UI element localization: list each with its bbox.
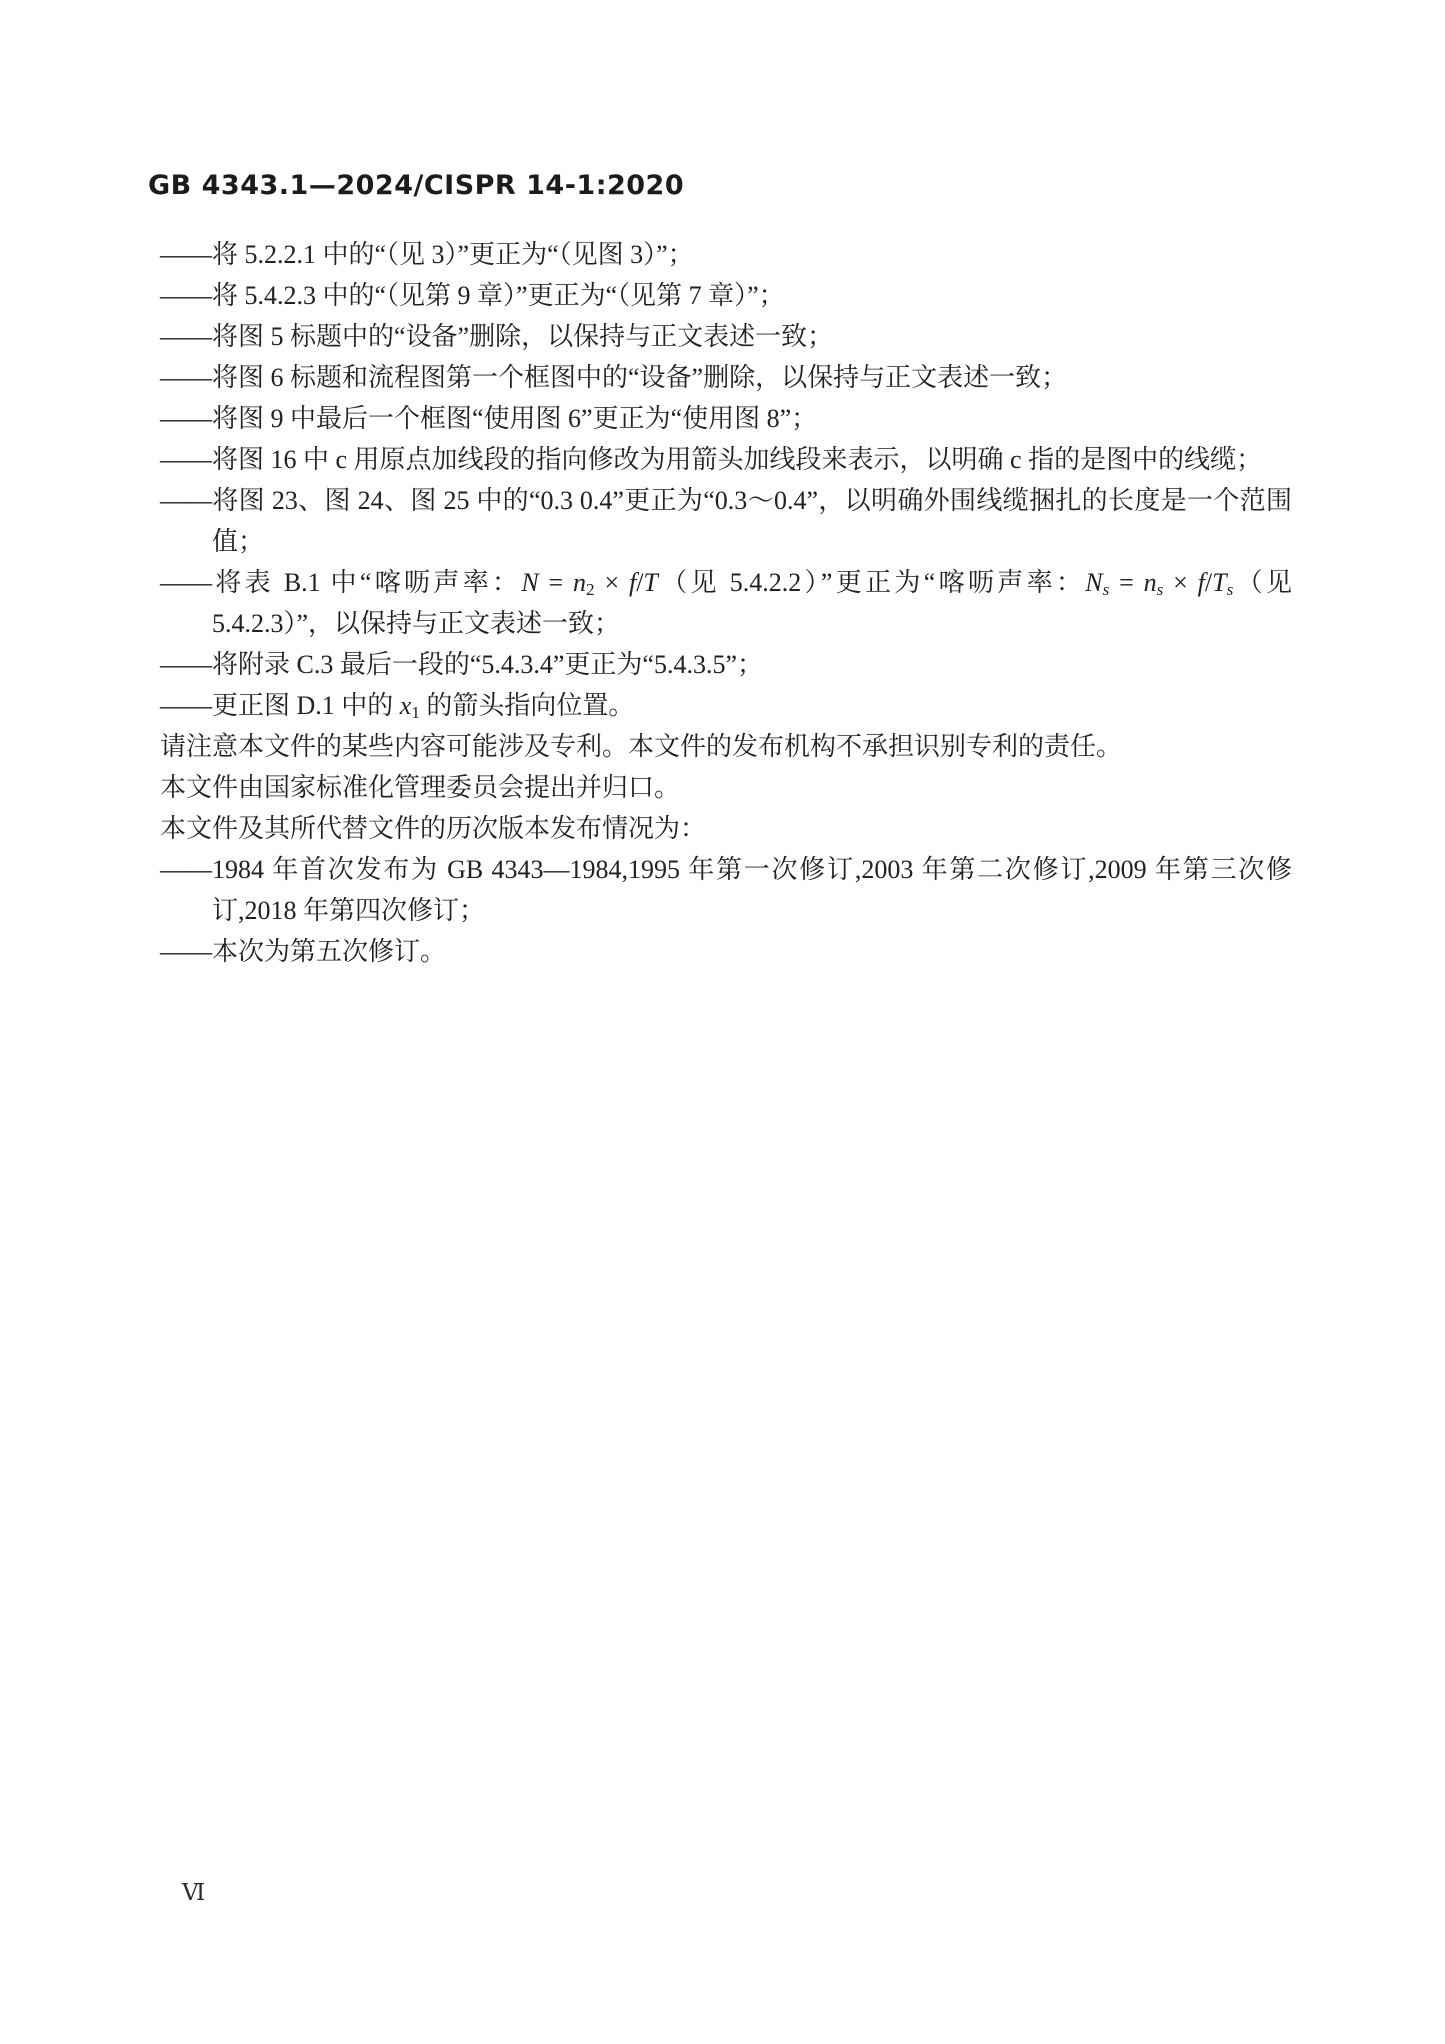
dash-prefix: —— — [160, 855, 212, 884]
text-segment: 将表 B.1 中“喀呖声率： — [212, 568, 521, 597]
text-segment: 将图 9 中最后一个框图“使用图 6”更正为“使用图 8”； — [212, 404, 817, 433]
list-item: ——将图 9 中最后一个框图“使用图 6”更正为“使用图 8”； — [160, 398, 1292, 439]
dash-prefix: —— — [160, 937, 212, 966]
formula-segment: n — [573, 568, 586, 597]
text-segment: 将附录 C.3 最后一段的“5.4.3.4”更正为“5.4.3.5”； — [212, 650, 763, 679]
text-segment: = — [1109, 568, 1143, 597]
text-segment: 将图 5 标题中的“设备”删除，以保持与正文表述一致； — [212, 322, 833, 351]
dash-prefix: —— — [160, 650, 212, 679]
text-segment: 本文件及其所代替文件的历次版本发布情况为： — [160, 814, 706, 843]
dash-prefix: —— — [160, 445, 212, 474]
paragraph: 请注意本文件的某些内容可能涉及专利。本文件的发布机构不承担识别专利的责任。 — [160, 726, 1292, 767]
list-item: ——1984 年首次发布为 GB 4343—1984,1995 年第一次修订,2… — [160, 849, 1292, 931]
text-segment: × — [1163, 568, 1197, 597]
dash-prefix: —— — [160, 568, 212, 597]
dash-prefix: —— — [160, 486, 212, 515]
list-item: ——将图 5 标题中的“设备”删除，以保持与正文表述一致； — [160, 316, 1292, 357]
dash-prefix: —— — [160, 240, 212, 269]
list-item: ——将表 B.1 中“喀呖声率：N = n2 × f/T（见 5.4.2.2）”… — [160, 562, 1292, 644]
text-segment: 1984 年首次发布为 GB 4343—1984,1995 年第一次修订,200… — [212, 855, 1292, 925]
dash-prefix: —— — [160, 322, 212, 351]
list-item: ——将图 23、图 24、图 25 中的“0.3 0.4”更正为“0.3～0.4… — [160, 480, 1292, 562]
list-item: ——将图 6 标题和流程图第一个框图中的“设备”删除，以保持与正文表述一致； — [160, 357, 1292, 398]
formula-segment: f — [1198, 568, 1205, 597]
list-item: ——更正图 D.1 中的 x1 的箭头指向位置。 — [160, 685, 1292, 726]
text-segment: 本文件由国家标准化管理委员会提出并归口。 — [160, 773, 680, 802]
page-number: Ⅵ — [182, 1880, 205, 1906]
document-body: ——将 5.2.2.1 中的“（见 3）”更正为“（见图 3）”；——将 5.4… — [160, 234, 1292, 972]
list-item: ——将附录 C.3 最后一段的“5.4.3.4”更正为“5.4.3.5”； — [160, 644, 1292, 685]
list-item: ——将 5.2.2.1 中的“（见 3）”更正为“（见图 3）”； — [160, 234, 1292, 275]
text-segment: = — [539, 568, 573, 597]
document-page: GB 4343.1—2024/CISPR 14-1:2020 ——将 5.2.2… — [0, 0, 1445, 2044]
formula-segment: 1 — [411, 703, 420, 722]
text-segment: × — [595, 568, 629, 597]
text-segment: 本次为第五次修订。 — [212, 937, 446, 966]
text-segment: 的箭头指向位置。 — [420, 691, 635, 720]
formula-segment: 2 — [586, 580, 595, 599]
paragraph: 本文件由国家标准化管理委员会提出并归口。 — [160, 767, 1292, 808]
text-segment: 将图 16 中 c 用原点加线段的指向修改为用箭头加线段来表示，以明确 c 指的… — [212, 445, 1262, 474]
formula-segment: T — [643, 568, 657, 597]
dash-prefix: —— — [160, 691, 212, 720]
text-segment: 更正图 D.1 中的 — [212, 691, 400, 720]
formula-segment: x — [400, 691, 412, 720]
formula-segment: T — [1212, 568, 1226, 597]
paragraph: 本文件及其所代替文件的历次版本发布情况为： — [160, 808, 1292, 849]
formula-segment: N — [521, 568, 538, 597]
list-item: ——将图 16 中 c 用原点加线段的指向修改为用箭头加线段来表示，以明确 c … — [160, 439, 1292, 480]
list-item: ——将 5.4.2.3 中的“（见第 9 章）”更正为“（见第 7 章）”； — [160, 275, 1292, 316]
text-segment: 将 5.2.2.1 中的“（见 3）”更正为“（见图 3）”； — [212, 240, 694, 269]
dash-prefix: —— — [160, 363, 212, 392]
text-segment: 将图 23、图 24、图 25 中的“0.3 0.4”更正为“0.3～0.4”，… — [212, 486, 1292, 556]
text-segment: 将 5.4.2.3 中的“（见第 9 章）”更正为“（见第 7 章）”； — [212, 281, 785, 310]
dash-prefix: —— — [160, 281, 212, 310]
formula-segment: N — [1085, 568, 1102, 597]
text-segment: （见 5.4.2.2）”更正为“喀呖声率： — [658, 568, 1085, 597]
text-segment: 将图 6 标题和流程图第一个框图中的“设备”删除，以保持与正文表述一致； — [212, 363, 1067, 392]
text-segment: 请注意本文件的某些内容可能涉及专利。本文件的发布机构不承担识别专利的责任。 — [160, 732, 1122, 761]
document-standard-code: GB 4343.1—2024/CISPR 14-1:2020 — [148, 170, 684, 201]
dash-prefix: —— — [160, 404, 212, 433]
formula-segment: n — [1144, 568, 1157, 597]
list-item: ——本次为第五次修订。 — [160, 931, 1292, 972]
